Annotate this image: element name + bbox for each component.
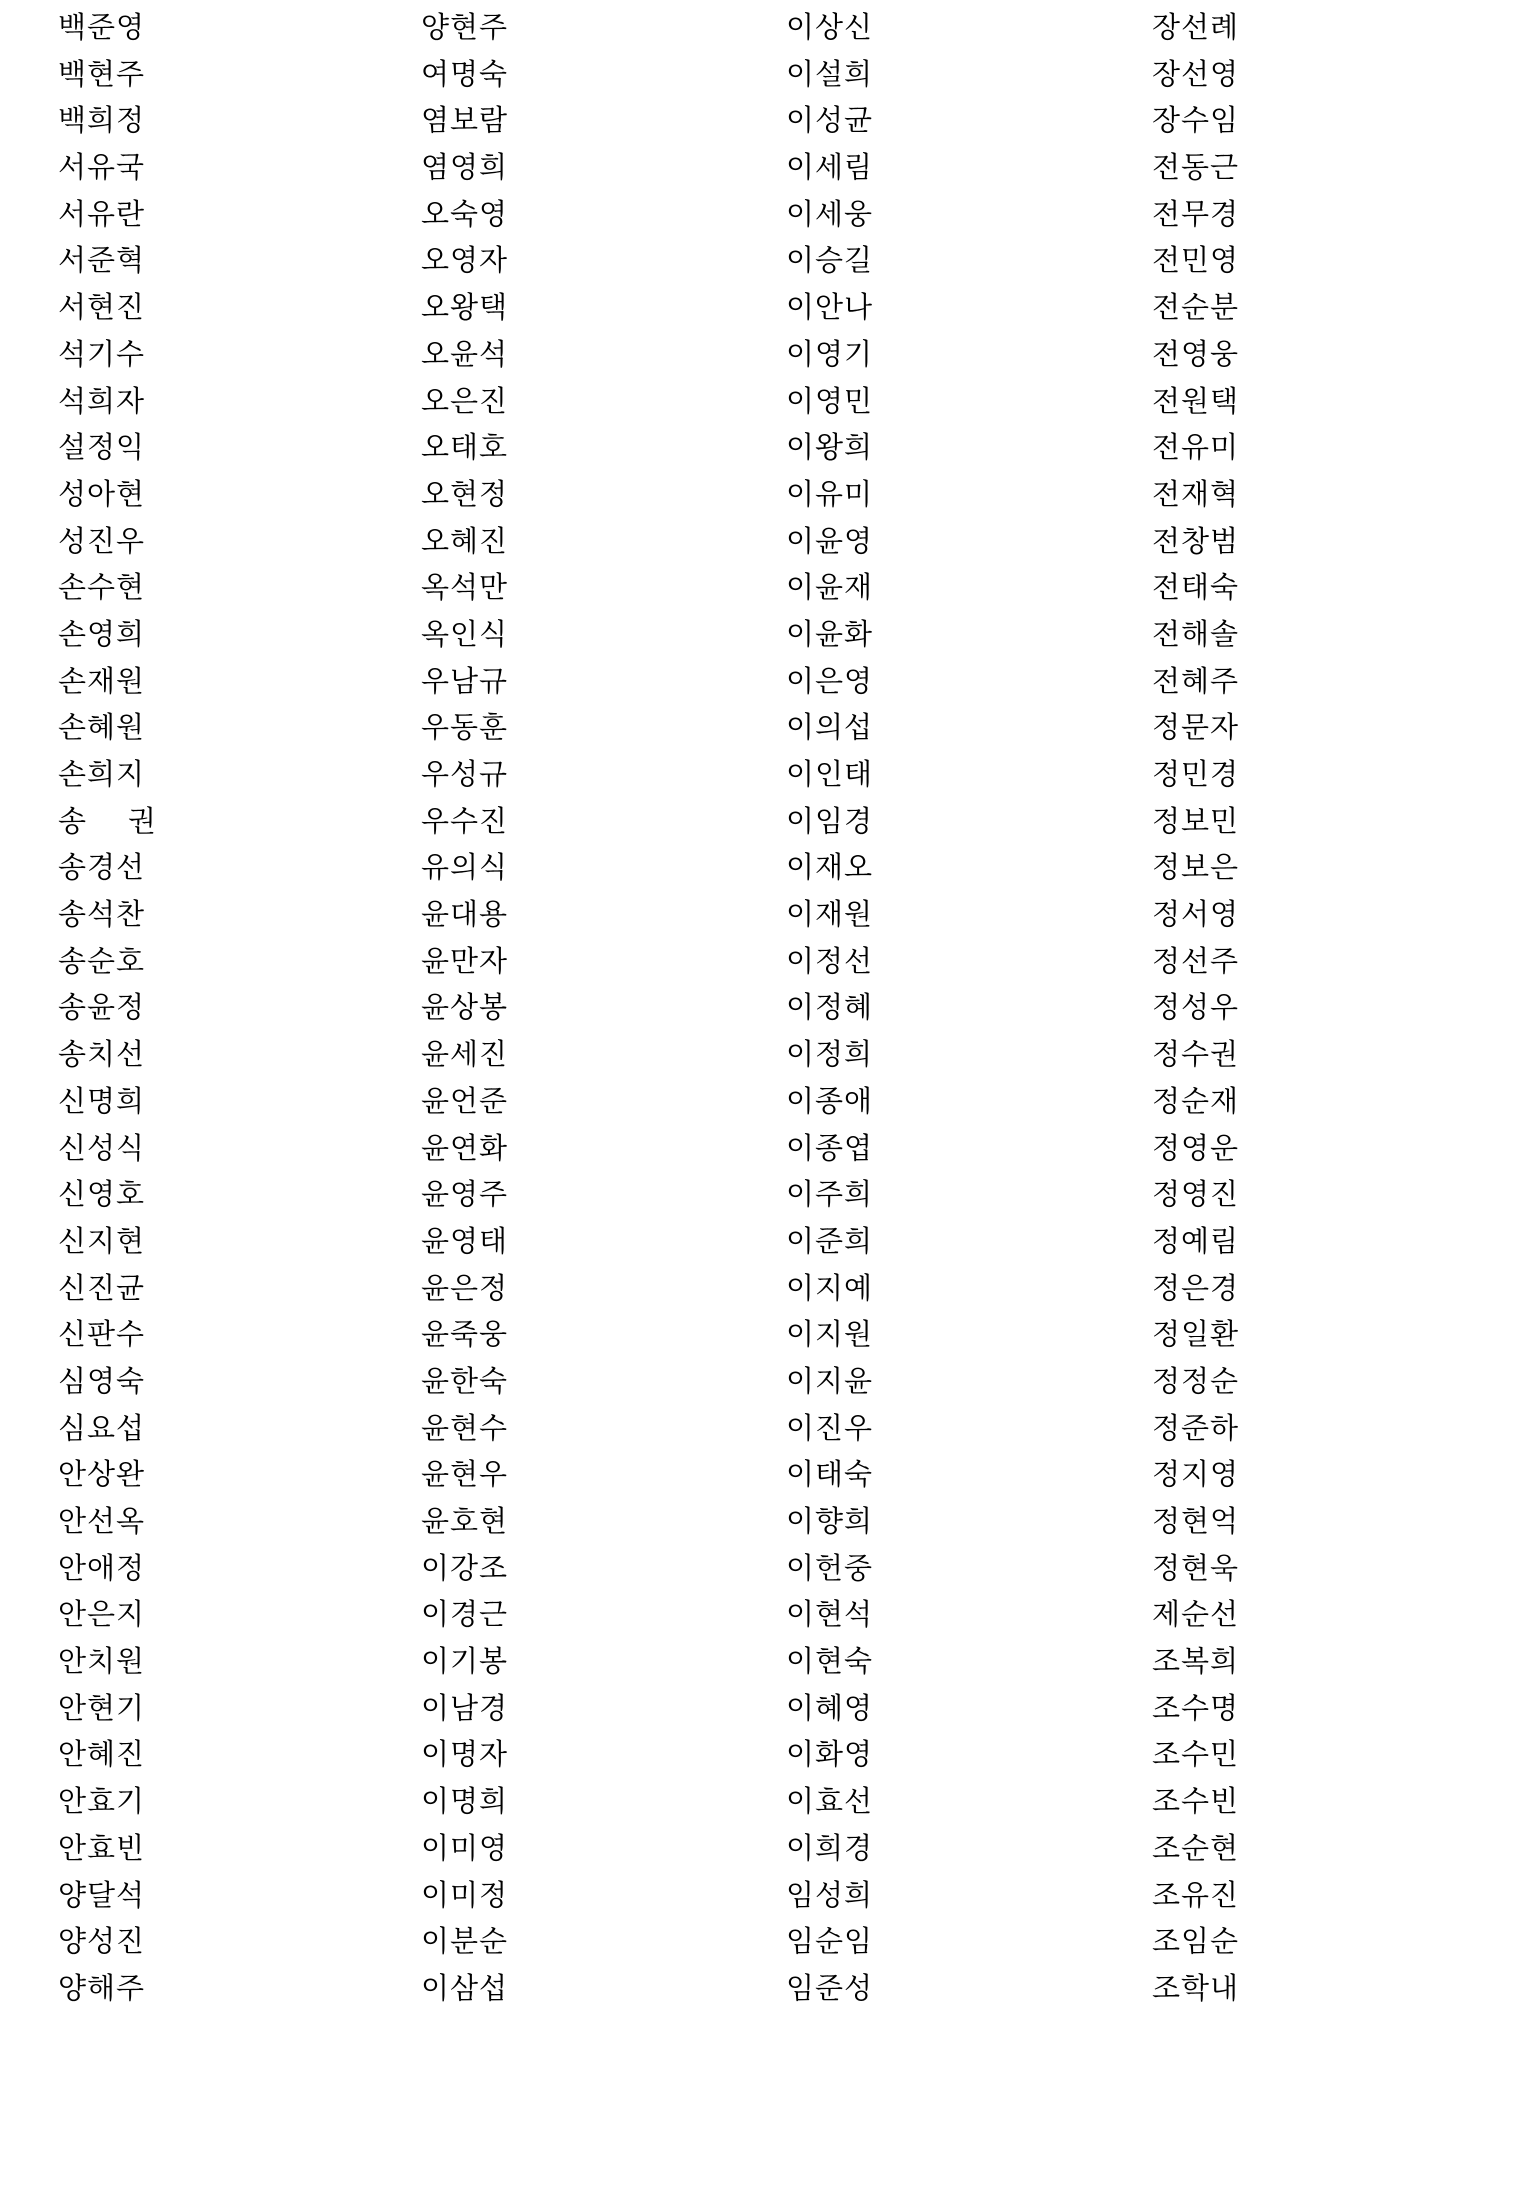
name-entry: 백희정 xyxy=(58,97,398,144)
name-entry: 여명숙 xyxy=(421,51,761,98)
name-entry: 이임경 xyxy=(786,798,1126,845)
name-entry: 이의섭 xyxy=(786,704,1126,751)
name-entry: 정준하 xyxy=(1152,1405,1492,1452)
name-entry: 이강조 xyxy=(421,1545,761,1592)
name-entry: 장수임 xyxy=(1152,97,1492,144)
name-entry: 이명자 xyxy=(421,1731,761,1778)
name-entry: 이화영 xyxy=(786,1731,1126,1778)
name-entry: 이승길 xyxy=(786,237,1126,284)
name-entry: 이상신 xyxy=(786,4,1126,51)
name-entry: 오영자 xyxy=(421,237,761,284)
name-entry: 신명희 xyxy=(58,1078,398,1125)
name-entry: 안상완 xyxy=(58,1451,398,1498)
name-entry: 이영기 xyxy=(786,331,1126,378)
name-entry: 이인태 xyxy=(786,751,1126,798)
name-entry: 이재오 xyxy=(786,844,1126,891)
name-entry: 신판수 xyxy=(58,1311,398,1358)
name-entry: 송석찬 xyxy=(58,891,398,938)
name-entry: 이윤영 xyxy=(786,518,1126,565)
name-entry: 이기봉 xyxy=(421,1638,761,1685)
name-entry: 정문자 xyxy=(1152,704,1492,751)
name-entry: 이태숙 xyxy=(786,1451,1126,1498)
name-entry: 윤상봉 xyxy=(421,984,761,1031)
name-entry: 석희자 xyxy=(58,378,398,425)
name-entry: 송 권 xyxy=(58,798,398,845)
name-entry: 윤죽웅 xyxy=(421,1311,761,1358)
name-entry: 이희경 xyxy=(786,1825,1126,1872)
name-entry: 이분순 xyxy=(421,1918,761,1965)
name-entry: 전혜주 xyxy=(1152,658,1492,705)
name-entry: 염보람 xyxy=(421,97,761,144)
name-entry: 오태호 xyxy=(421,424,761,471)
name-entry: 전재혁 xyxy=(1152,471,1492,518)
name-entry: 장선영 xyxy=(1152,51,1492,98)
name-entry: 안치원 xyxy=(58,1638,398,1685)
name-entry: 이준희 xyxy=(786,1218,1126,1265)
name-entry: 전창범 xyxy=(1152,518,1492,565)
name-entry: 전영웅 xyxy=(1152,331,1492,378)
name-entry: 조임순 xyxy=(1152,1918,1492,1965)
name-entry: 이효선 xyxy=(786,1778,1126,1825)
name-entry: 정선주 xyxy=(1152,938,1492,985)
name-entry: 조수민 xyxy=(1152,1731,1492,1778)
name-entry: 전민영 xyxy=(1152,237,1492,284)
name-entry: 정지영 xyxy=(1152,1451,1492,1498)
name-entry: 제순선 xyxy=(1152,1591,1492,1638)
name-entry: 신진균 xyxy=(58,1265,398,1312)
name-entry: 장선례 xyxy=(1152,4,1492,51)
name-entry: 정민경 xyxy=(1152,751,1492,798)
name-entry: 오왕택 xyxy=(421,284,761,331)
name-entry: 심요섭 xyxy=(58,1405,398,1452)
name-entry: 옥석만 xyxy=(421,564,761,611)
name-entry: 전원택 xyxy=(1152,378,1492,425)
name-entry: 안애정 xyxy=(58,1545,398,1592)
name-entry: 정보은 xyxy=(1152,844,1492,891)
name-entry: 손재원 xyxy=(58,658,398,705)
name-entry: 손혜원 xyxy=(58,704,398,751)
name-entry: 이정희 xyxy=(786,1031,1126,1078)
name-entry: 임순임 xyxy=(786,1918,1126,1965)
name-entry: 안은지 xyxy=(58,1591,398,1638)
name-entry: 정서영 xyxy=(1152,891,1492,938)
name-entry: 우남규 xyxy=(421,658,761,705)
name-entry: 정보민 xyxy=(1152,798,1492,845)
name-entry: 이세림 xyxy=(786,144,1126,191)
name-entry: 우동훈 xyxy=(421,704,761,751)
name-entry: 우성규 xyxy=(421,751,761,798)
name-entry: 정수권 xyxy=(1152,1031,1492,1078)
name-entry: 윤영주 xyxy=(421,1171,761,1218)
name-entry: 정은경 xyxy=(1152,1265,1492,1312)
name-entry: 윤대용 xyxy=(421,891,761,938)
name-entry: 안효빈 xyxy=(58,1825,398,1872)
name-entry: 이지윤 xyxy=(786,1358,1126,1405)
name-entry: 이지예 xyxy=(786,1265,1126,1312)
name-entry: 이윤재 xyxy=(786,564,1126,611)
name-entry: 신영호 xyxy=(58,1171,398,1218)
name-entry: 심영숙 xyxy=(58,1358,398,1405)
name-entry: 조유진 xyxy=(1152,1872,1492,1919)
name-entry: 이명희 xyxy=(421,1778,761,1825)
name-entry: 전해솔 xyxy=(1152,611,1492,658)
name-entry: 전태숙 xyxy=(1152,564,1492,611)
name-entry: 성진우 xyxy=(58,518,398,565)
name-entry: 서유국 xyxy=(58,144,398,191)
name-entry: 정영운 xyxy=(1152,1125,1492,1172)
name-entry: 이헌중 xyxy=(786,1545,1126,1592)
name-entry: 오숙영 xyxy=(421,191,761,238)
name-entry: 이미정 xyxy=(421,1872,761,1919)
name-entry: 정현욱 xyxy=(1152,1545,1492,1592)
name-entry: 전동근 xyxy=(1152,144,1492,191)
name-entry: 송순호 xyxy=(58,938,398,985)
name-entry: 서준혁 xyxy=(58,237,398,284)
name-entry: 이은영 xyxy=(786,658,1126,705)
name-entry: 성아현 xyxy=(58,471,398,518)
name-entry: 정일환 xyxy=(1152,1311,1492,1358)
name-entry: 윤한숙 xyxy=(421,1358,761,1405)
name-entry: 백현주 xyxy=(58,51,398,98)
name-entry: 윤은정 xyxy=(421,1265,761,1312)
name-entry: 윤만자 xyxy=(421,938,761,985)
name-entry: 양현주 xyxy=(421,4,761,51)
name-entry: 조수명 xyxy=(1152,1685,1492,1732)
name-entry: 손수현 xyxy=(58,564,398,611)
name-entry: 이안나 xyxy=(786,284,1126,331)
name-entry: 임준성 xyxy=(786,1965,1126,2012)
name-entry: 윤세진 xyxy=(421,1031,761,1078)
name-entry: 이재원 xyxy=(786,891,1126,938)
name-entry: 신성식 xyxy=(58,1125,398,1172)
name-entry: 염영희 xyxy=(421,144,761,191)
name-column-1: 백준영백현주백희정서유국서유란서준혁서현진석기수석희자설정익성아현성진우손수현손… xyxy=(58,4,398,2012)
name-entry: 이종엽 xyxy=(786,1125,1126,1172)
name-entry: 오현정 xyxy=(421,471,761,518)
name-column-2: 양현주여명숙염보람염영희오숙영오영자오왕택오윤석오은진오태호오현정오혜진옥석만옥… xyxy=(421,4,761,2012)
name-entry: 옥인식 xyxy=(421,611,761,658)
name-entry: 이미영 xyxy=(421,1825,761,1872)
name-entry: 이현숙 xyxy=(786,1638,1126,1685)
name-entry: 안선옥 xyxy=(58,1498,398,1545)
name-entry: 석기수 xyxy=(58,331,398,378)
name-entry: 윤현우 xyxy=(421,1451,761,1498)
name-entry: 조순현 xyxy=(1152,1825,1492,1872)
name-entry: 손영희 xyxy=(58,611,398,658)
name-entry: 이지원 xyxy=(786,1311,1126,1358)
name-entry: 조수빈 xyxy=(1152,1778,1492,1825)
name-entry: 전순분 xyxy=(1152,284,1492,331)
name-entry: 윤영태 xyxy=(421,1218,761,1265)
name-entry: 양성진 xyxy=(58,1918,398,1965)
name-entry: 조학내 xyxy=(1152,1965,1492,2012)
name-entry: 이윤화 xyxy=(786,611,1126,658)
name-entry: 이주희 xyxy=(786,1171,1126,1218)
name-entry: 이종애 xyxy=(786,1078,1126,1125)
name-entry: 이삼섭 xyxy=(421,1965,761,2012)
name-entry: 이왕희 xyxy=(786,424,1126,471)
name-entry: 윤연화 xyxy=(421,1125,761,1172)
name-entry: 이진우 xyxy=(786,1405,1126,1452)
name-entry: 안현기 xyxy=(58,1685,398,1732)
name-entry: 윤호현 xyxy=(421,1498,761,1545)
name-entry: 임성희 xyxy=(786,1872,1126,1919)
name-entry: 정영진 xyxy=(1152,1171,1492,1218)
name-entry: 오혜진 xyxy=(421,518,761,565)
name-entry: 이정혜 xyxy=(786,984,1126,1031)
name-entry: 안효기 xyxy=(58,1778,398,1825)
name-column-4: 장선례장선영장수임전동근전무경전민영전순분전영웅전원택전유미전재혁전창범전태숙전… xyxy=(1152,4,1492,2012)
name-entry: 송윤정 xyxy=(58,984,398,1031)
name-entry: 이영민 xyxy=(786,378,1126,425)
name-entry: 서현진 xyxy=(58,284,398,331)
name-entry: 정성우 xyxy=(1152,984,1492,1031)
name-entry: 이성균 xyxy=(786,97,1126,144)
name-entry: 윤현수 xyxy=(421,1405,761,1452)
name-entry: 전무경 xyxy=(1152,191,1492,238)
name-entry: 신지현 xyxy=(58,1218,398,1265)
name-entry: 정순재 xyxy=(1152,1078,1492,1125)
name-entry: 전유미 xyxy=(1152,424,1492,471)
name-entry: 이세웅 xyxy=(786,191,1126,238)
name-entry: 이유미 xyxy=(786,471,1126,518)
name-entry: 이정선 xyxy=(786,938,1126,985)
name-entry: 이경근 xyxy=(421,1591,761,1638)
name-entry: 양해주 xyxy=(58,1965,398,2012)
name-entry: 이향희 xyxy=(786,1498,1126,1545)
name-entry: 송치선 xyxy=(58,1031,398,1078)
name-column-3: 이상신이설희이성균이세림이세웅이승길이안나이영기이영민이왕희이유미이윤영이윤재이… xyxy=(786,4,1126,2012)
name-entry: 이혜영 xyxy=(786,1685,1126,1732)
name-entry: 백준영 xyxy=(58,4,398,51)
name-entry: 정정순 xyxy=(1152,1358,1492,1405)
name-entry: 정예림 xyxy=(1152,1218,1492,1265)
name-entry: 송경선 xyxy=(58,844,398,891)
name-entry: 이남경 xyxy=(421,1685,761,1732)
name-entry: 양달석 xyxy=(58,1872,398,1919)
name-entry: 안혜진 xyxy=(58,1731,398,1778)
name-entry: 손희지 xyxy=(58,751,398,798)
name-entry: 서유란 xyxy=(58,191,398,238)
name-entry: 이현석 xyxy=(786,1591,1126,1638)
document-page: 백준영백현주백희정서유국서유란서준혁서현진석기수석희자설정익성아현성진우손수현손… xyxy=(0,0,1520,2189)
name-entry: 윤언준 xyxy=(421,1078,761,1125)
name-entry: 유의식 xyxy=(421,844,761,891)
name-entry: 정현억 xyxy=(1152,1498,1492,1545)
name-entry: 오윤석 xyxy=(421,331,761,378)
name-entry: 설정익 xyxy=(58,424,398,471)
name-entry: 이설희 xyxy=(786,51,1126,98)
name-entry: 우수진 xyxy=(421,798,761,845)
name-entry: 조복희 xyxy=(1152,1638,1492,1685)
name-entry: 오은진 xyxy=(421,378,761,425)
